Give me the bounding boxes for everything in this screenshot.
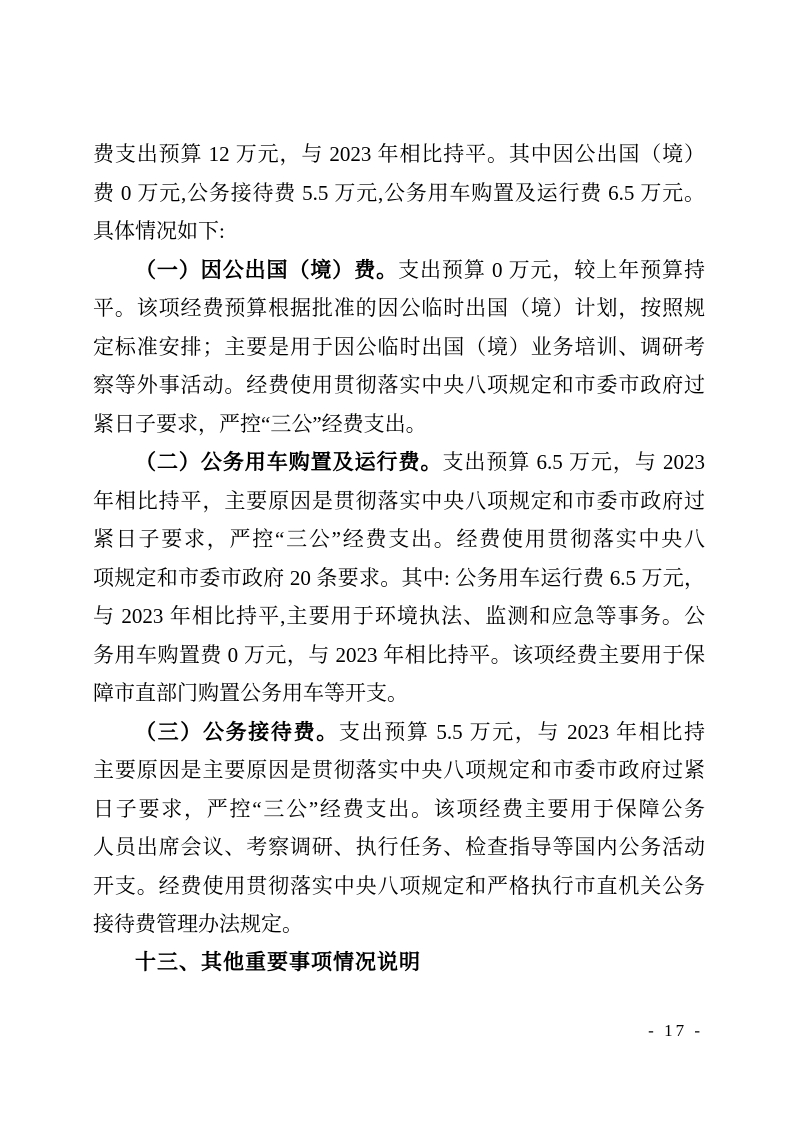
line-text: 与 2023 年相比持平,主要用于环境执法、监测和应急等事务。公 [93, 604, 705, 628]
text-line: 平。该项经费预算根据批准的因公临时出国（境）计划，按照规 [93, 289, 705, 328]
text-line: 费 0 万元,公务接待费 5.5 万元,公务用车购置及运行费 6.5 万元。 [93, 174, 705, 213]
paragraph-lead-line: （二）公务用车购置及运行费。支出预算 6.5 万元，与 2023 [93, 443, 705, 482]
line-text: 人员出席会议、考察调研、执行任务、检查指导等国内公务活动 [93, 835, 705, 859]
text-line: 紧日子要求，严控“三公”经费支出。 [93, 405, 705, 444]
document-body: 费支出预算 12 万元，与 2023 年相比持平。其中因公出国（境） 费 0 万… [93, 135, 705, 982]
text-line: 障市直部门购置公务用车等开支。 [93, 674, 705, 713]
text-line: 主要原因是主要原因是贯彻落实中央八项规定和市委市政府过紧 [93, 751, 705, 790]
line-text: 务用车购置费 0 万元，与 2023 年相比持平。该项经费主要用于保 [93, 643, 705, 667]
line-text: 具体情况如下: [93, 219, 225, 243]
line-text: 紧日子要求，严控“三公”经费支出。 [93, 412, 427, 436]
text-line: 察等外事活动。经费使用贯彻落实中央八项规定和市委市政府过 [93, 366, 705, 405]
paragraph-lead: （二）公务用车购置及运行费。 [135, 450, 442, 474]
text-line: 与 2023 年相比持平,主要用于环境执法、监测和应急等事务。公 [93, 597, 705, 636]
section-heading-text: 十三、其他重要事项情况说明 [135, 951, 421, 974]
text-line: 开支。经费使用贯彻落实中央八项规定和严格执行市直机关公务 [93, 867, 705, 906]
text-line: 具体情况如下: [93, 212, 705, 251]
line-text: 支出预算 6.5 万元，与 2023 [442, 450, 705, 474]
paragraph-lead-line: （一）因公出国（境）费。支出预算 0 万元，较上年预算持 [93, 251, 705, 290]
text-line: 日子要求，严控“三公”经费支出。该项经费主要用于保障公务 [93, 790, 705, 829]
section-heading: 十三、其他重要事项情况说明 [93, 944, 705, 983]
paragraph-lead-line: （三）公务接待费。支出预算 5.5 万元，与 2023 年相比持平， [93, 713, 705, 752]
text-line: 项规定和市委市政府 20 条要求。其中: 公务用车运行费 6.5 万元， [93, 559, 705, 598]
line-text: 年相比持平，主要原因是贯彻落实中央八项规定和市委市政府过 [93, 489, 705, 513]
page-number: - 17 - [648, 1019, 703, 1043]
line-text: 日子要求，严控“三公”经费支出。该项经费主要用于保障公务 [93, 797, 705, 821]
text-line: 接待费管理办法规定。 [93, 905, 705, 944]
line-text: 费 0 万元,公务接待费 5.5 万元,公务用车购置及运行费 6.5 万元。 [93, 181, 705, 205]
line-text: 定标准安排；主要是用于因公临时出国（境）业务培训、调研考 [93, 335, 705, 359]
line-text: 障市直部门购置公务用车等开支。 [93, 681, 408, 705]
line-text: 紧日子要求，严控“三公”经费支出。经费使用贯彻落实中央八 [93, 527, 705, 551]
text-line: 费支出预算 12 万元，与 2023 年相比持平。其中因公出国（境） [93, 135, 705, 174]
line-text: 项规定和市委市政府 20 条要求。其中: 公务用车运行费 6.5 万元， [93, 566, 705, 590]
line-text: 接待费管理办法规定。 [93, 912, 303, 936]
text-line: 人员出席会议、考察调研、执行任务、检查指导等国内公务活动 [93, 828, 705, 867]
line-text: 平。该项经费预算根据批准的因公临时出国（境）计划，按照规 [93, 296, 705, 320]
paragraph-lead: （一）因公出国（境）费。 [135, 258, 398, 282]
line-text: 主要原因是主要原因是贯彻落实中央八项规定和市委市政府过紧 [93, 758, 705, 782]
text-line: 务用车购置费 0 万元，与 2023 年相比持平。该项经费主要用于保 [93, 636, 705, 675]
line-text: 支出预算 0 万元，较上年预算持 [398, 258, 705, 282]
text-line: 定标准安排；主要是用于因公临时出国（境）业务培训、调研考 [93, 328, 705, 367]
page-footer: - 17 - [0, 1019, 793, 1043]
line-text: 察等外事活动。经费使用贯彻落实中央八项规定和市委市政府过 [93, 373, 705, 397]
paragraph-lead: （三）公务接待费。 [135, 720, 339, 744]
text-line: 年相比持平，主要原因是贯彻落实中央八项规定和市委市政府过 [93, 482, 705, 521]
text-line: 紧日子要求，严控“三公”经费支出。经费使用贯彻落实中央八 [93, 520, 705, 559]
line-text: 开支。经费使用贯彻落实中央八项规定和严格执行市直机关公务 [93, 874, 705, 898]
document-page: 费支出预算 12 万元，与 2023 年相比持平。其中因公出国（境） 费 0 万… [0, 0, 793, 1122]
line-text: 费支出预算 12 万元，与 2023 年相比持平。其中因公出国（境） [93, 142, 705, 166]
